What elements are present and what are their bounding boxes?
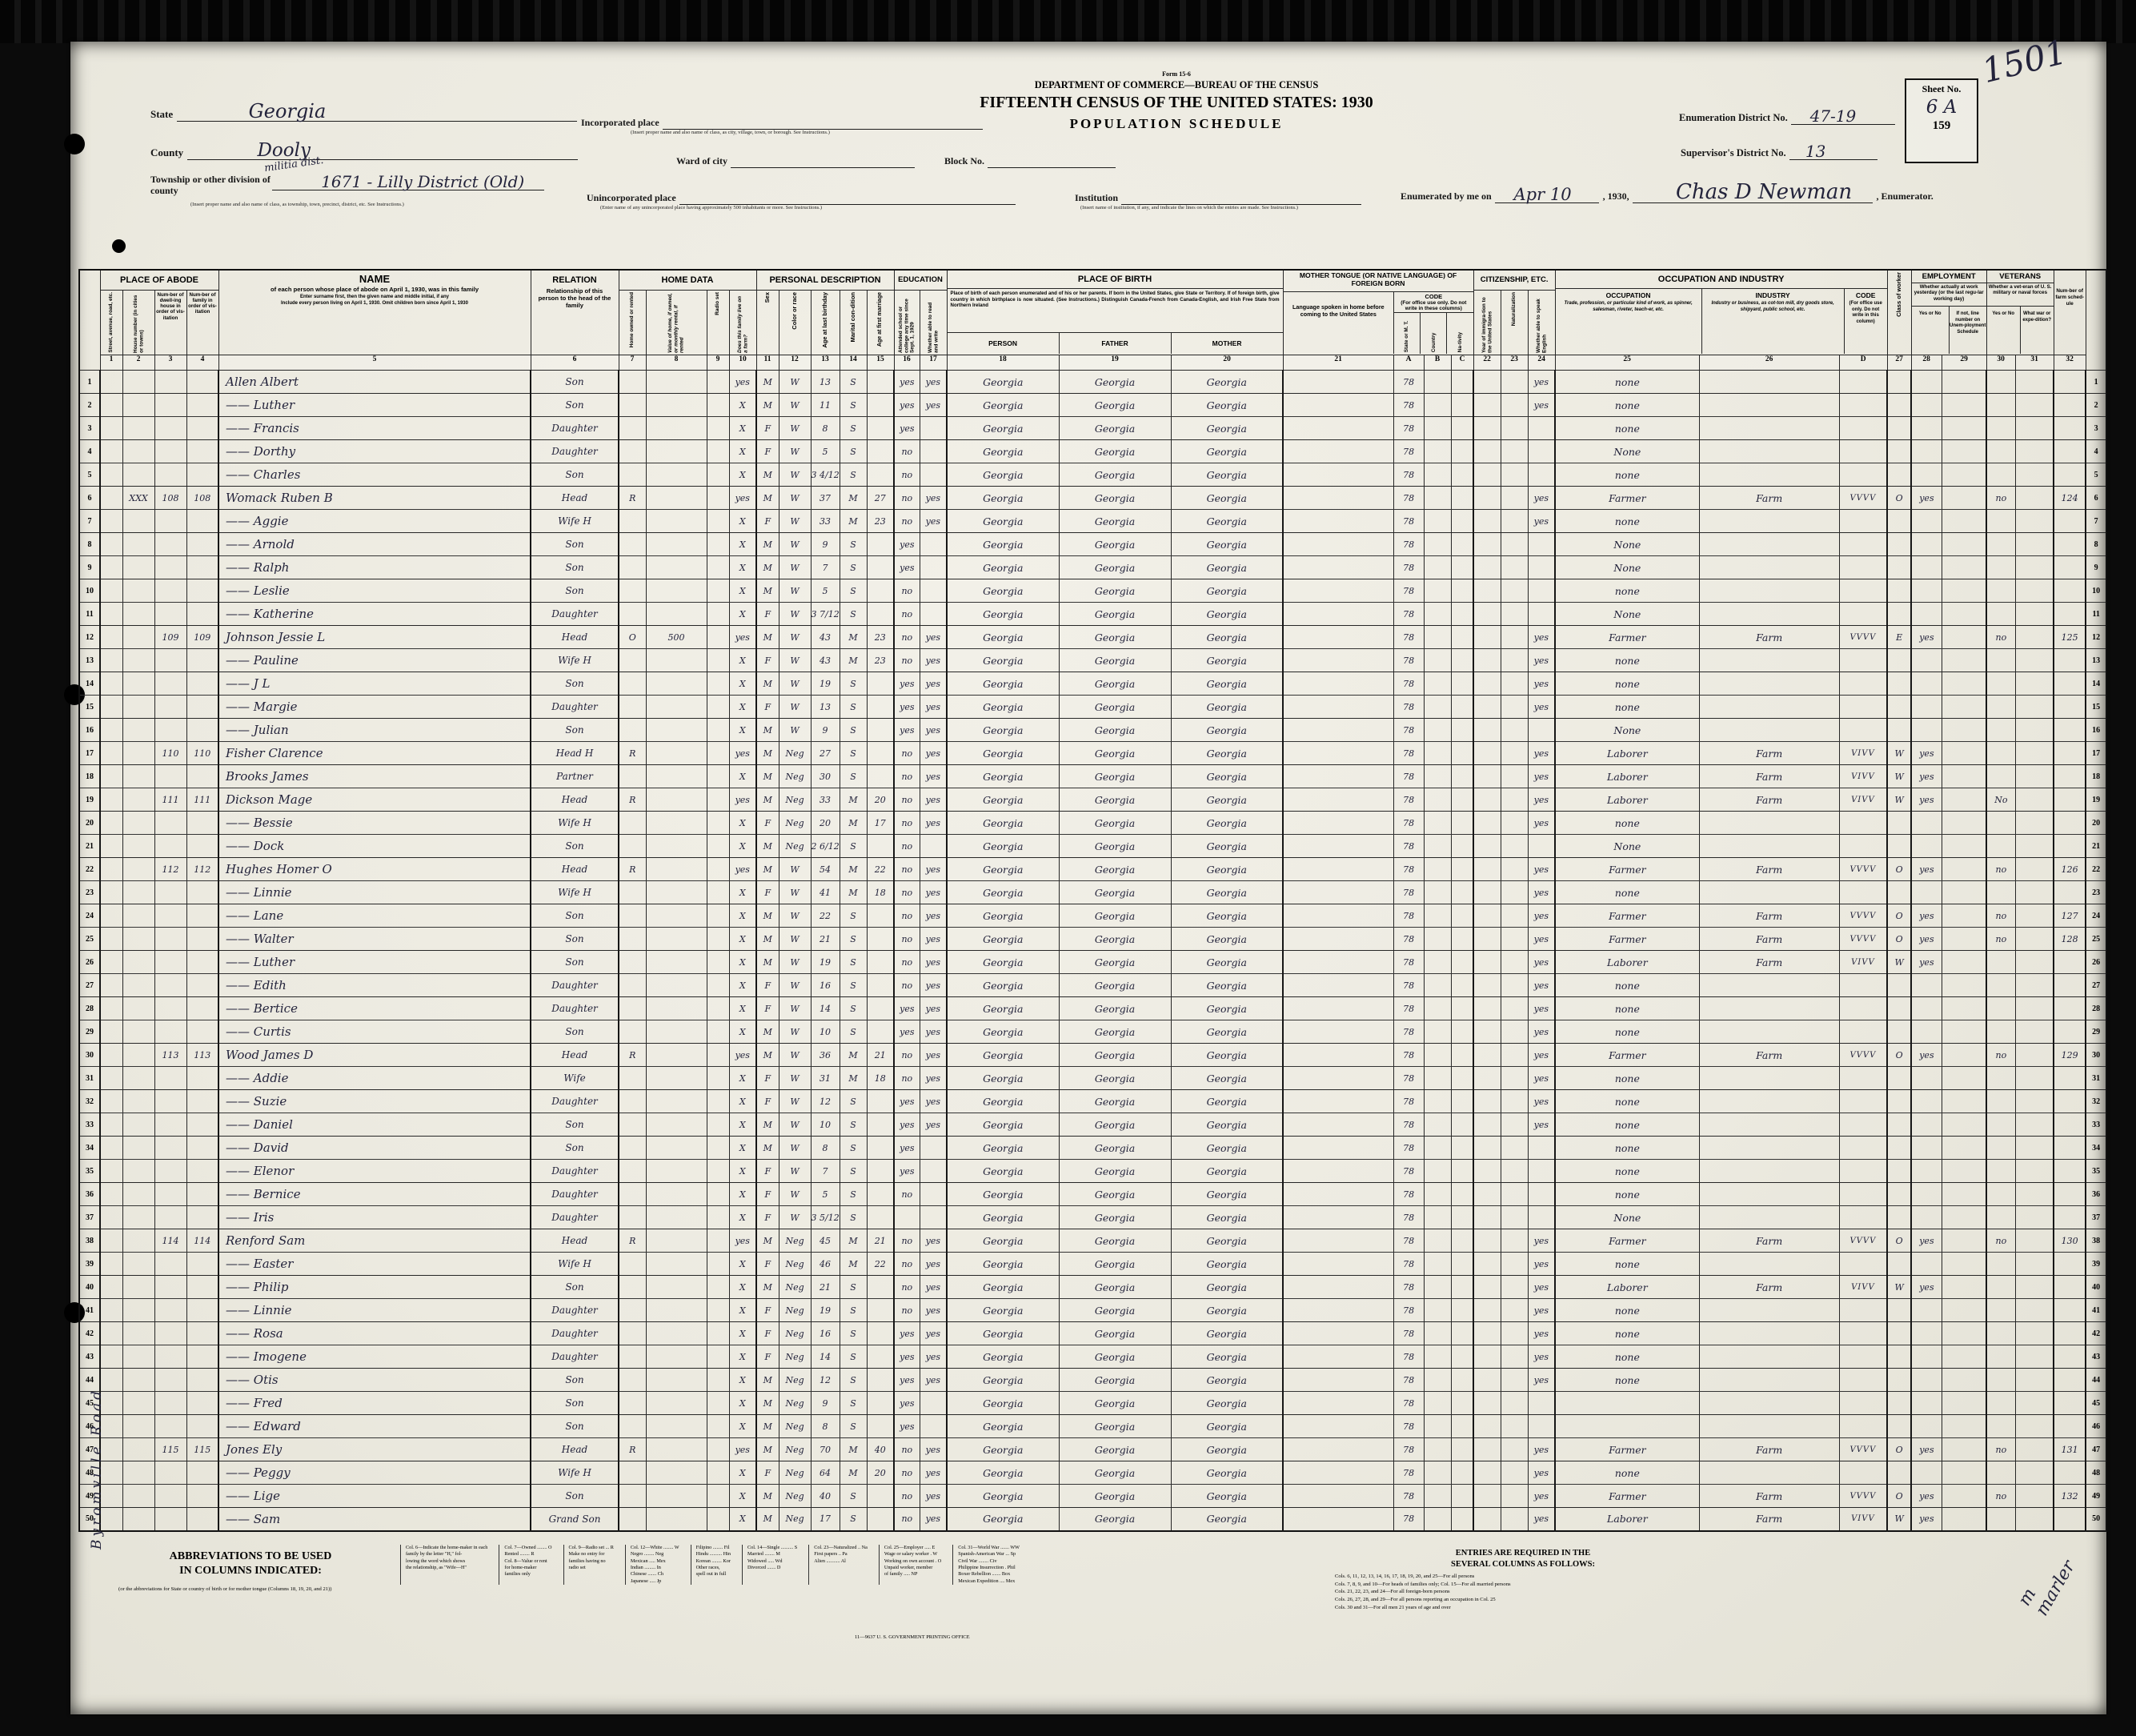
row-cell	[1699, 672, 1839, 696]
row-cell	[1501, 1345, 1528, 1369]
row-cell	[1887, 1206, 1911, 1229]
township-value: 1671 - Lilly District (Old)	[321, 172, 524, 191]
row-cell	[1451, 997, 1473, 1020]
row-cell	[1283, 440, 1393, 463]
row-cell	[1911, 696, 1942, 719]
row-cell: F	[756, 1160, 779, 1183]
row-cell: VVVV	[1839, 928, 1887, 951]
row-cell	[154, 997, 186, 1020]
row-cell: 14	[811, 1345, 840, 1369]
row-cell: 7	[811, 556, 840, 579]
line-number: 42	[2086, 1322, 2106, 1345]
row-cell: —— Margie	[218, 696, 531, 719]
row-cell	[1451, 649, 1473, 672]
row-cell: —— Bernice	[218, 1183, 531, 1206]
row-cell	[619, 997, 646, 1020]
row-cell	[1699, 440, 1839, 463]
row-cell: M	[756, 626, 779, 649]
row-cell: M	[756, 1020, 779, 1044]
row-cell: 64	[811, 1461, 840, 1485]
row-cell	[619, 417, 646, 440]
enumerator-signature: Chas D Newman	[1676, 180, 1852, 204]
row-cell: Laborer	[1555, 1508, 1699, 1531]
entries-required-block: ENTRIES ARE REQUIRED IN THE SEVERAL COLU…	[1335, 1548, 1711, 1611]
row-cell	[1424, 672, 1451, 696]
row-cell	[2015, 997, 2054, 1020]
row-cell: 110	[154, 742, 186, 765]
row-cell: Son	[531, 672, 619, 696]
row-cell	[1699, 1090, 1839, 1113]
row-cell: —— Katherine	[218, 603, 531, 626]
row-cell	[1942, 371, 1986, 394]
row-cell	[1424, 974, 1451, 997]
row-cell	[1839, 881, 1887, 904]
row-cell: Farm	[1699, 951, 1839, 974]
row-cell	[1986, 1299, 2015, 1322]
row-cell: Georgia	[947, 1044, 1059, 1067]
row-cell	[186, 649, 218, 672]
row-cell	[1451, 1253, 1473, 1276]
row-cell	[1424, 1137, 1451, 1160]
row-cell: S	[840, 835, 867, 858]
row-cell	[1451, 1438, 1473, 1461]
row-cell: yes	[1911, 928, 1942, 951]
row-cell: yes	[894, 719, 920, 742]
row-cell: 18	[867, 1067, 894, 1090]
row-cell: Daughter	[531, 1183, 619, 1206]
row-cell	[154, 835, 186, 858]
row-cell	[1942, 1276, 1986, 1299]
row-cell	[1839, 603, 1887, 626]
row-cell	[1942, 997, 1986, 1020]
table-row: 26—— LutherSonXMW19SnoyesGeorgiaGeorgiaG…	[79, 951, 2106, 974]
row-cell: Georgia	[947, 881, 1059, 904]
row-cell	[619, 556, 646, 579]
row-cell	[619, 579, 646, 603]
row-cell	[186, 835, 218, 858]
row-cell: M	[756, 1137, 779, 1160]
row-cell: —— Curtis	[218, 1020, 531, 1044]
row-cell: VVVV	[1839, 1485, 1887, 1508]
row-cell	[1942, 556, 1986, 579]
row-cell	[1283, 626, 1393, 649]
row-cell: S	[840, 1137, 867, 1160]
row-cell: Georgia	[1059, 626, 1171, 649]
row-cell: 78	[1393, 1369, 1424, 1392]
column-number: C	[1451, 355, 1473, 371]
row-cell: yes	[920, 742, 947, 765]
enumerated-field: Enumerated by me on Apr 10 , 1930, Chas …	[1401, 189, 1934, 203]
row-cell	[1528, 835, 1555, 858]
row-cell	[867, 440, 894, 463]
row-cell: 78	[1393, 1090, 1424, 1113]
row-cell	[1887, 1392, 1911, 1415]
row-cell	[1839, 533, 1887, 556]
employment-banner: EMPLOYMENT	[1912, 271, 1986, 283]
row-cell	[1473, 1369, 1501, 1392]
row-cell: Georgia	[1059, 1160, 1171, 1183]
row-cell: Son	[531, 928, 619, 951]
row-cell: Georgia	[1059, 742, 1171, 765]
row-cell: Georgia	[1171, 1067, 1283, 1090]
line-number: 10	[2086, 579, 2106, 603]
row-cell: —— Linnie	[218, 881, 531, 904]
line-number: 18	[79, 765, 100, 788]
row-cell	[707, 858, 729, 881]
row-cell: 78	[1393, 974, 1424, 997]
row-cell	[122, 649, 154, 672]
row-cell: 132	[2054, 1485, 2086, 1508]
table-row: 41—— LinnieDaughterXFNeg19SnoyesGeorgiaG…	[79, 1299, 2106, 1322]
row-cell: 113	[186, 1044, 218, 1067]
line-number: 45	[2086, 1392, 2106, 1415]
row-cell	[186, 1113, 218, 1137]
row-cell: none	[1555, 1090, 1699, 1113]
row-cell: yes	[920, 928, 947, 951]
line-number: 19	[2086, 788, 2106, 812]
row-cell: W	[779, 951, 811, 974]
row-cell: 78	[1393, 394, 1424, 417]
row-cell	[1501, 904, 1528, 928]
row-cell	[1699, 835, 1839, 858]
row-cell	[2054, 881, 2086, 904]
row-cell: yes	[920, 1090, 947, 1113]
row-cell	[1699, 1461, 1839, 1485]
row-cell: 10	[811, 1020, 840, 1044]
row-cell	[1501, 487, 1528, 510]
row-cell: Daughter	[531, 603, 619, 626]
row-cell	[1473, 1508, 1501, 1531]
row-cell: —— Elenor	[218, 1160, 531, 1183]
home-value-label: Value of home, if owned, or monthly rent…	[667, 292, 685, 353]
row-cell: Daughter	[531, 440, 619, 463]
table-row: 5—— CharlesSonXMW3 4/12SnoGeorgiaGeorgia…	[79, 463, 2106, 487]
row-cell	[154, 440, 186, 463]
row-cell: 8	[811, 417, 840, 440]
row-cell: 23	[867, 649, 894, 672]
row-cell: Partner	[531, 765, 619, 788]
row-cell	[1942, 904, 1986, 928]
row-cell	[1283, 1392, 1393, 1415]
row-cell	[619, 394, 646, 417]
row-cell: Georgia	[947, 603, 1059, 626]
row-cell: Head H	[531, 742, 619, 765]
street-cell	[100, 440, 122, 463]
row-cell	[1451, 1369, 1473, 1392]
row-cell: Georgia	[947, 371, 1059, 394]
column-number: 20	[1171, 355, 1283, 371]
row-cell	[646, 742, 707, 765]
row-cell: Georgia	[1171, 765, 1283, 788]
row-cell: yes	[1528, 1508, 1555, 1531]
row-cell: Neg	[779, 1438, 811, 1461]
row-cell: Georgia	[1171, 371, 1283, 394]
row-cell: yes	[1528, 812, 1555, 835]
row-cell: none	[1555, 1299, 1699, 1322]
row-cell	[1473, 626, 1501, 649]
row-cell	[1473, 1020, 1501, 1044]
row-cell	[1699, 1322, 1839, 1345]
row-cell: no	[894, 1461, 920, 1485]
row-cell: no	[1986, 1229, 2015, 1253]
table-row: 38114114Renford SamHeadRyesMNeg45M21noye…	[79, 1229, 2106, 1253]
row-cell: XXX	[122, 487, 154, 510]
row-cell: X	[729, 1206, 756, 1229]
row-cell: R	[619, 487, 646, 510]
row-cell: no	[894, 1276, 920, 1299]
row-cell	[1451, 1322, 1473, 1345]
row-cell	[1451, 1160, 1473, 1183]
column-number: 12	[779, 355, 811, 371]
row-cell: X	[729, 1090, 756, 1113]
row-cell	[154, 1369, 186, 1392]
row-cell	[2054, 1253, 2086, 1276]
row-cell	[2054, 951, 2086, 974]
row-cell: yes	[1528, 1299, 1555, 1322]
row-cell: yes	[1528, 1461, 1555, 1485]
row-cell	[1887, 371, 1911, 394]
row-cell	[707, 1461, 729, 1485]
column-number: 29	[1942, 355, 1986, 371]
row-cell	[154, 719, 186, 742]
row-cell: Georgia	[1171, 1113, 1283, 1137]
row-cell	[1986, 1090, 2015, 1113]
row-cell	[1839, 1113, 1887, 1137]
row-cell	[1887, 1345, 1911, 1369]
row-cell	[1451, 1461, 1473, 1485]
col-age-first-marriage-header: Age at first marriage	[867, 291, 894, 355]
row-cell: Hughes Homer O	[218, 858, 531, 881]
row-cell: Georgia	[947, 1461, 1059, 1485]
enumerated-year: , 1930,	[1603, 190, 1629, 202]
row-cell	[2054, 1276, 2086, 1299]
row-cell: yes	[1911, 951, 1942, 974]
row-cell: Georgia	[947, 463, 1059, 487]
row-cell: Georgia	[1171, 579, 1283, 603]
row-cell: S	[840, 556, 867, 579]
row-cell	[867, 1485, 894, 1508]
row-cell: S	[840, 1345, 867, 1369]
row-cell: Georgia	[947, 928, 1059, 951]
row-cell	[186, 904, 218, 928]
col-A-header: State or M. T.	[1404, 315, 1409, 352]
row-cell: Georgia	[1059, 1183, 1171, 1206]
col-class-of-worker-header: Class of worker	[1887, 270, 1911, 355]
veterans-sub: Whether a vet-eran of U. S. military or …	[1987, 283, 2054, 307]
row-cell	[2054, 997, 2086, 1020]
home-owned-label: Home owned or rented	[629, 292, 635, 347]
row-cell: W	[779, 904, 811, 928]
row-cell	[1911, 974, 1942, 997]
ed-label: Enumeration District No.	[1679, 112, 1788, 123]
row-cell	[1501, 1461, 1528, 1485]
row-cell	[1451, 951, 1473, 974]
enumerated-label: Enumerated by me on	[1401, 190, 1492, 202]
row-cell: F	[756, 1345, 779, 1369]
row-cell: F	[756, 1090, 779, 1113]
row-cell	[1451, 765, 1473, 788]
row-cell: Farmer	[1555, 487, 1699, 510]
row-cell	[646, 510, 707, 533]
row-cell: —— Pauline	[218, 649, 531, 672]
row-cell	[1839, 1067, 1887, 1090]
row-cell	[2015, 1183, 2054, 1206]
row-cell	[122, 672, 154, 696]
row-cell: Georgia	[947, 835, 1059, 858]
row-cell: S	[840, 974, 867, 997]
row-cell	[1839, 1183, 1887, 1206]
row-cell: no	[894, 858, 920, 881]
table-row: 43—— ImogeneDaughterXFNeg14SyesyesGeorgi…	[79, 1345, 2106, 1369]
row-cell	[1911, 440, 1942, 463]
row-cell: W	[779, 626, 811, 649]
row-cell: 78	[1393, 788, 1424, 812]
line-number: 2	[79, 394, 100, 417]
row-cell	[1473, 1183, 1501, 1206]
row-cell	[2054, 1415, 2086, 1438]
line-number: 18	[2086, 765, 2106, 788]
row-cell	[867, 1299, 894, 1322]
col-sex-header: Sex	[756, 291, 779, 355]
row-cell: yes	[1911, 1485, 1942, 1508]
row-cell	[2015, 1229, 2054, 1253]
row-cell	[646, 788, 707, 812]
row-cell	[1501, 1183, 1528, 1206]
row-cell	[122, 997, 154, 1020]
row-cell	[1283, 1137, 1393, 1160]
row-cell	[122, 1044, 154, 1067]
row-cell	[154, 1392, 186, 1415]
line-number: 3	[2086, 417, 2106, 440]
row-cell: no	[894, 1229, 920, 1253]
row-cell	[122, 417, 154, 440]
row-cell	[1839, 1299, 1887, 1322]
line-number: 19	[79, 788, 100, 812]
row-cell	[646, 1044, 707, 1067]
line-number: 15	[2086, 696, 2106, 719]
row-cell	[1473, 997, 1501, 1020]
row-cell	[707, 1276, 729, 1299]
line-number: 37	[2086, 1206, 2106, 1229]
row-cell: yes	[1528, 1253, 1555, 1276]
row-cell	[646, 371, 707, 394]
row-cell: yes	[1528, 696, 1555, 719]
row-cell: M	[756, 394, 779, 417]
industry-sub: Industry or business, as cot-ton mill, d…	[1704, 301, 1842, 313]
row-cell	[619, 1461, 646, 1485]
row-cell: 127	[2054, 904, 2086, 928]
row-cell: Laborer	[1555, 788, 1699, 812]
line-number: 6	[79, 487, 100, 510]
table-row: 2—— LutherSonXMW11SyesyesGeorgiaGeorgiaG…	[79, 394, 2106, 417]
row-cell	[2015, 510, 2054, 533]
row-cell: VVVV	[1839, 858, 1887, 881]
row-cell	[154, 696, 186, 719]
row-cell: Georgia	[947, 997, 1059, 1020]
township-label: Township or other division of county	[150, 174, 271, 197]
row-cell	[646, 1345, 707, 1369]
row-cell: —— Arnold	[218, 533, 531, 556]
row-cell	[1424, 1438, 1451, 1461]
row-cell	[154, 1508, 186, 1531]
row-cell: X	[729, 951, 756, 974]
row-cell: W	[779, 1160, 811, 1183]
row-cell	[646, 974, 707, 997]
row-cell: W	[1887, 1508, 1911, 1531]
row-cell	[646, 1438, 707, 1461]
row-cell: Son	[531, 904, 619, 928]
row-cell	[707, 928, 729, 951]
row-cell: 8	[811, 1415, 840, 1438]
table-row: 1Allen AlbertSonyesMW13SyesyesGeorgiaGeo…	[79, 371, 2106, 394]
row-cell: 3 7/12	[811, 603, 840, 626]
row-cell	[1451, 1508, 1473, 1531]
street-name-vertical: Byromville Road	[89, 829, 105, 1550]
row-cell: Georgia	[947, 1090, 1059, 1113]
enumerator-label: , Enumerator.	[1876, 190, 1933, 202]
row-cell	[1424, 603, 1451, 626]
row-cell	[154, 765, 186, 788]
row-cell: W	[779, 417, 811, 440]
row-cell	[707, 1415, 729, 1438]
row-cell: yes	[920, 1113, 947, 1137]
row-cell: yes	[729, 742, 756, 765]
row-cell: 78	[1393, 765, 1424, 788]
row-cell	[867, 1322, 894, 1345]
row-cell	[1911, 1206, 1942, 1229]
row-cell	[707, 1160, 729, 1183]
row-cell: 78	[1393, 672, 1424, 696]
column-number: 16	[894, 355, 920, 371]
table-row: 13—— PaulineWife HXFW43M23noyesGeorgiaGe…	[79, 649, 2106, 672]
row-cell	[1451, 974, 1473, 997]
institution-note: (Insert name of institution, if any, and…	[1080, 205, 1385, 210]
row-cell: 12	[811, 1090, 840, 1113]
line-number: 48	[2086, 1461, 2106, 1485]
row-cell	[1699, 1113, 1839, 1137]
row-cell: 78	[1393, 510, 1424, 533]
row-cell	[867, 1137, 894, 1160]
row-cell	[1451, 1276, 1473, 1299]
row-cell: Georgia	[1171, 974, 1283, 997]
row-cell: Georgia	[1171, 1183, 1283, 1206]
row-cell	[707, 1345, 729, 1369]
row-cell: 78	[1393, 1322, 1424, 1345]
column-number: 18	[947, 355, 1059, 371]
row-cell: Son	[531, 951, 619, 974]
row-cell	[1986, 1206, 2015, 1229]
row-cell: Georgia	[947, 440, 1059, 463]
abbrev-col-9: Col. 9—Radio set ... R Make no entry for…	[563, 1545, 614, 1585]
row-cell	[1424, 788, 1451, 812]
row-cell: yes	[1528, 928, 1555, 951]
row-cell: yes	[1528, 1020, 1555, 1044]
row-cell	[1839, 974, 1887, 997]
row-cell	[186, 1137, 218, 1160]
row-cell	[1473, 417, 1501, 440]
row-cell	[1942, 1369, 1986, 1392]
row-cell: yes	[894, 1322, 920, 1345]
row-cell	[1451, 510, 1473, 533]
township-value-line: 1671 - Lilly District (Old)	[272, 176, 544, 190]
row-cell: X	[729, 1160, 756, 1183]
row-cell: yes	[729, 1044, 756, 1067]
row-cell: none	[1555, 1322, 1699, 1345]
column-number: 6	[531, 355, 619, 371]
row-cell	[2054, 1113, 2086, 1137]
row-cell: Neg	[779, 812, 811, 835]
row-cell: yes	[1528, 1276, 1555, 1299]
